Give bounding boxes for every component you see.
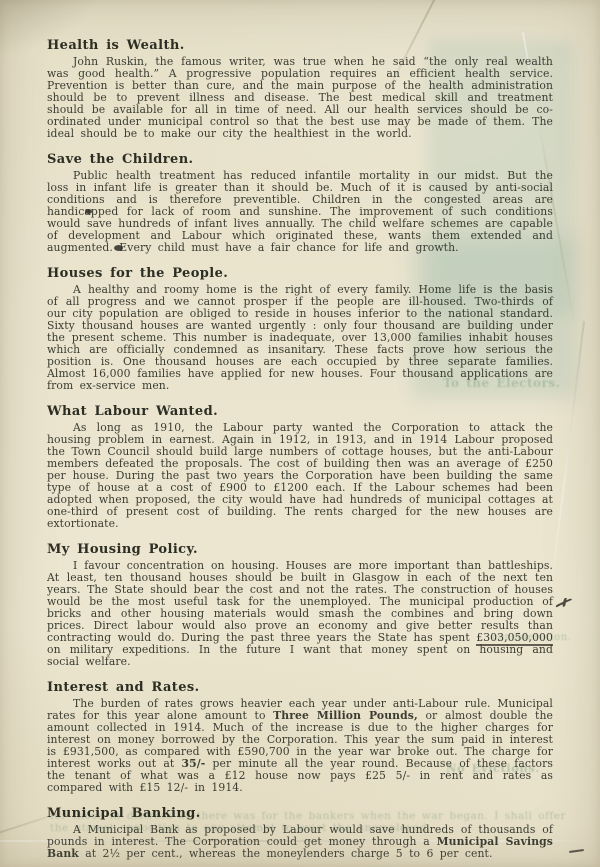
pencil-cross-mark: ✗ [552,593,572,613]
section-heading: Houses for the People. [47,266,553,282]
document-content: Health is Wealth.John Ruskin, the famous… [47,38,553,860]
ink-blot [85,209,92,214]
paper-crease [549,321,585,599]
body-text: at 2½ per cent., whereas the moneylender… [79,847,493,860]
section-paragraph: The burden of rates grows heavier each y… [47,698,553,794]
section-paragraph: Public health treatment has reduced infa… [47,170,553,254]
section-heading: What Labour Wanted. [47,404,553,420]
body-text: on military expeditions. In the future I… [47,643,553,668]
section-save-the-children: Save the Children.Public health treatmen… [47,152,553,254]
section-heading: Save the Children. [47,152,553,168]
section-paragraph: John Ruskin, the famous writer, was true… [47,56,553,140]
section-paragraph: A healthy and roomy home is the right of… [47,284,553,392]
section-houses-for-the-people: Houses for the People.A healthy and room… [47,266,553,392]
section-paragraph: I favour concentration on housing. House… [47,560,553,668]
section-my-housing-policy: My Housing Policy.I favour concentration… [47,542,553,668]
corner-shadow [0,0,110,60]
section-heading: Health is Wealth. [47,38,553,54]
section-municipal-banking: Municipal Banking.A Municipal Bank as pr… [47,806,553,860]
section-paragraph: A Municipal Bank as proposed by Labour w… [47,824,553,860]
section-health-is-wealth: Health is Wealth.John Ruskin, the famous… [47,38,553,140]
body-text: A healthy and roomy home is the right of… [47,283,553,392]
section-interest-and-rates: Interest and Rates.The burden of rates g… [47,680,553,794]
section-what-labour-wanted: What Labour Wanted.As long as 1910, the … [47,404,553,530]
pencil-dash-mark [569,849,584,853]
ink-blot [114,245,123,251]
body-text: Public health treatment has reduced infa… [47,169,553,254]
section-paragraph: As long as 1910, the Labour party wanted… [47,422,553,530]
body-text: John Ruskin, the famous writer, was true… [47,55,553,140]
section-heading: My Housing Policy. [47,542,553,558]
section-heading: Interest and Rates. [47,680,553,696]
body-text: As long as 1910, the Labour party wanted… [47,421,553,530]
scanned-pamphlet-page: To the Electors.consideration.No Evictio… [0,0,600,867]
section-heading: Municipal Banking. [47,806,553,822]
